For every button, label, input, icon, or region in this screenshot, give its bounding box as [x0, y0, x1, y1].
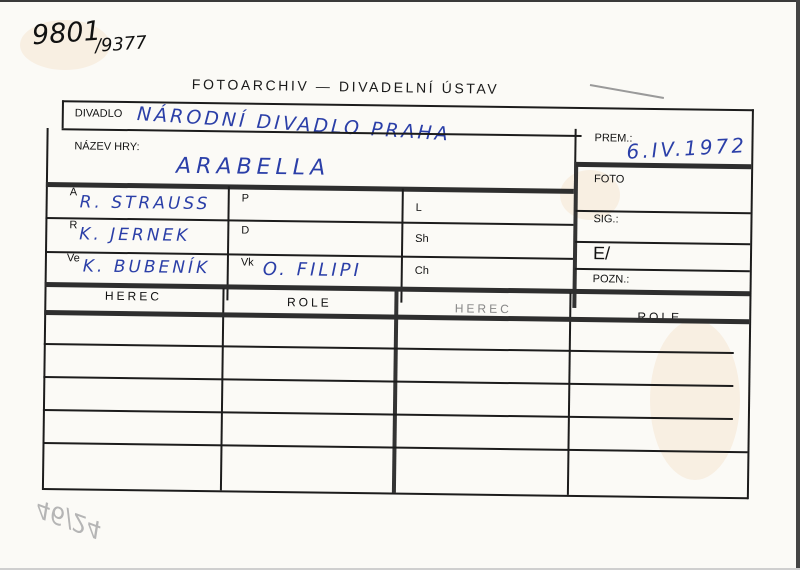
cast-header-role-1: ROLE [224, 294, 394, 310]
credit-ch-label: Ch [415, 265, 429, 277]
card-border-left [62, 100, 64, 128]
pozn-label: POZN.: [593, 273, 630, 285]
catalog-number: 9801 [31, 16, 102, 52]
foto-label: FOTO [594, 173, 625, 185]
divider [575, 268, 750, 272]
divider-thick [572, 162, 578, 308]
credit-ve-label: Ve [67, 252, 80, 264]
scan-edge-right [796, 0, 800, 570]
credit-sh-label: Sh [415, 233, 429, 245]
credit-p-label: P [242, 193, 250, 205]
nazev-hry-value[interactable]: ARABELLA [176, 154, 330, 181]
divider [226, 186, 229, 300]
archive-title: FOTOARCHIV — DIVADELNÍ ÚSTAV [192, 76, 500, 97]
nazev-hry-label: NÁZEV HRY: [74, 140, 139, 153]
credit-l-label: L [416, 202, 422, 214]
divadlo-value[interactable]: NÁRODNÍ DIVADLO PRAHA [136, 103, 451, 146]
credit-r-label: R [69, 219, 77, 231]
divider [400, 189, 403, 303]
premiera-value[interactable]: 6.IV.1972 [626, 133, 748, 164]
credit-a-label: A [70, 186, 78, 198]
secondary-number: /9377 [94, 32, 147, 57]
cast-header-herec-1: HEREC [44, 288, 222, 304]
credit-ve-value[interactable]: K. BUBENÍK [83, 256, 211, 278]
e-label: E/ [593, 243, 610, 264]
pencil-note: 46/24 [31, 494, 106, 544]
credit-d-label: D [241, 225, 249, 237]
credit-r-value[interactable]: K. JERNEK [79, 224, 190, 245]
divadlo-label: DIVADLO [75, 107, 123, 120]
credit-a-value[interactable]: R. STRAUSS [80, 192, 211, 214]
sig-label: SIG.: [593, 213, 618, 225]
credit-vk-label: Vk [241, 257, 254, 269]
credit-vk-value[interactable]: O. FILIPI [263, 259, 362, 281]
pencil-stroke [590, 84, 664, 99]
cast-table-body[interactable] [42, 314, 749, 497]
scan-edge-top [0, 0, 800, 2]
divider-thick [576, 162, 751, 169]
archive-card: DIVADLO NÁRODNÍ DIVADLO PRAHA NÁZEV HRY:… [42, 100, 753, 499]
